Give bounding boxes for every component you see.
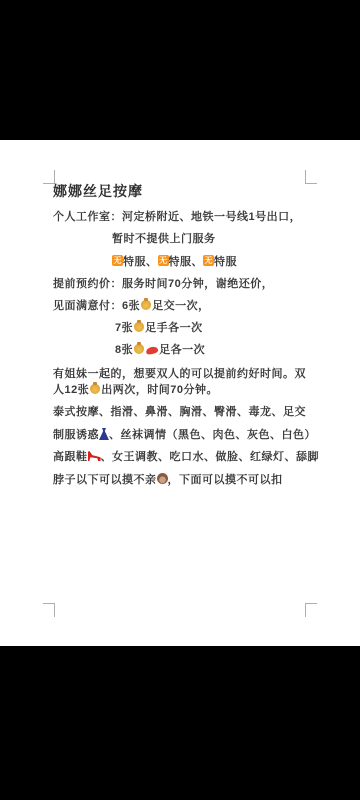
line-services-3: 高跟鞋、女王调教、吃口水、做脸、红绿灯、舔脚 [53, 451, 315, 463]
doc-title: 娜娜丝足按摩 [53, 184, 315, 199]
text-segment: 个人工作室：河定桥附近、地铁一号线1号出口， [53, 211, 301, 223]
high-heel-icon [88, 451, 101, 461]
monkey-icon [157, 473, 168, 484]
line-price-8: 8张足各一次 [115, 344, 315, 356]
crop-mark-bottom-left [43, 603, 55, 617]
doc-lines: 个人工作室：河定桥附近、地铁一号线1号出口，暂时不提供上门服务无特服、无特服、无… [53, 211, 315, 486]
no-special-service-icon: 无 [203, 255, 214, 266]
line-rules: 脖子以下可以摸不亲，下面可以摸不可以扣 [53, 473, 315, 486]
text-segment: 足手各一次 [145, 322, 203, 334]
text-segment: 、丝袜调情（黑色、肉色、灰色、白色） [109, 429, 316, 441]
no-special-service-icon: 无 [112, 255, 123, 266]
text-segment: 特服 [214, 256, 237, 268]
line-services-2: 制服诱惑、丝袜调情（黑色、肉色、灰色、白色） [53, 428, 315, 441]
line-services-1: 泰式按摩、指滑、鼻滑、胸滑、臀滑、毒龙、足交 [53, 406, 315, 418]
text-segment: 泰式按摩、指滑、鼻滑、胸滑、臀滑、毒龙、足交 [53, 406, 306, 418]
money-bag-icon [134, 344, 144, 354]
no-special-service-icon: 无 [158, 255, 169, 266]
money-bag-icon [90, 384, 100, 394]
line-booking-price: 提前预约价：服务时间70分钟，谢绝还价， [53, 278, 315, 290]
text-segment: 足各一次 [159, 344, 205, 356]
crop-mark-top-left [43, 170, 55, 184]
dress-icon [99, 428, 109, 440]
text-segment: 出两次，时间70分钟。 [101, 384, 218, 396]
line-studio: 个人工作室：河定桥附近、地铁一号线1号出口， [53, 211, 315, 223]
text-segment: 制服诱惑 [53, 429, 99, 441]
text-segment: 见面满意付：6张 [53, 300, 140, 312]
para-double-booking: 有姐妹一起的，想要双人的可以提前约好时间。双人12张出两次，时间70分钟。 [53, 366, 315, 398]
text-segment: 暂时不提供上门服务 [112, 233, 216, 245]
text-segment: 、女王调教、吃口水、做脸、红绿灯、舔脚 [101, 451, 320, 463]
lips-icon [145, 346, 158, 356]
crop-mark-bottom-right [305, 603, 317, 617]
screenshot-root: { "doc": { "title": "娜娜丝足按摩", "colors": … [0, 0, 360, 800]
text-segment: 足交一次， [152, 300, 210, 312]
line-pay-on-meeting: 见面满意付：6张足交一次， [53, 300, 315, 312]
text-segment: ，下面可以摸不可以扣 [168, 474, 283, 486]
line-no-special-service: 无特服、无特服、无特服 [112, 255, 315, 268]
document-content: 娜娜丝足按摩 个人工作室：河定桥附近、地铁一号线1号出口，暂时不提供上门服务无特… [53, 184, 315, 496]
text-segment: 提前预约价：服务时间70分钟，谢绝还价， [53, 278, 273, 290]
text-segment: 特服、 [169, 256, 204, 268]
text-segment: 高跟鞋 [53, 451, 88, 463]
text-segment: 特服、 [123, 256, 158, 268]
text-segment: 7张 [115, 322, 133, 334]
crop-mark-top-right [305, 170, 317, 184]
line-no-home-service: 暂时不提供上门服务 [112, 233, 315, 245]
money-bag-icon [141, 300, 151, 310]
document-page: 娜娜丝足按摩 个人工作室：河定桥附近、地铁一号线1号出口，暂时不提供上门服务无特… [0, 140, 360, 646]
text-segment: 脖子以下可以摸不亲 [53, 474, 157, 486]
text-segment: 8张 [115, 344, 133, 356]
line-price-7: 7张足手各一次 [115, 322, 315, 334]
money-bag-icon [134, 322, 144, 332]
